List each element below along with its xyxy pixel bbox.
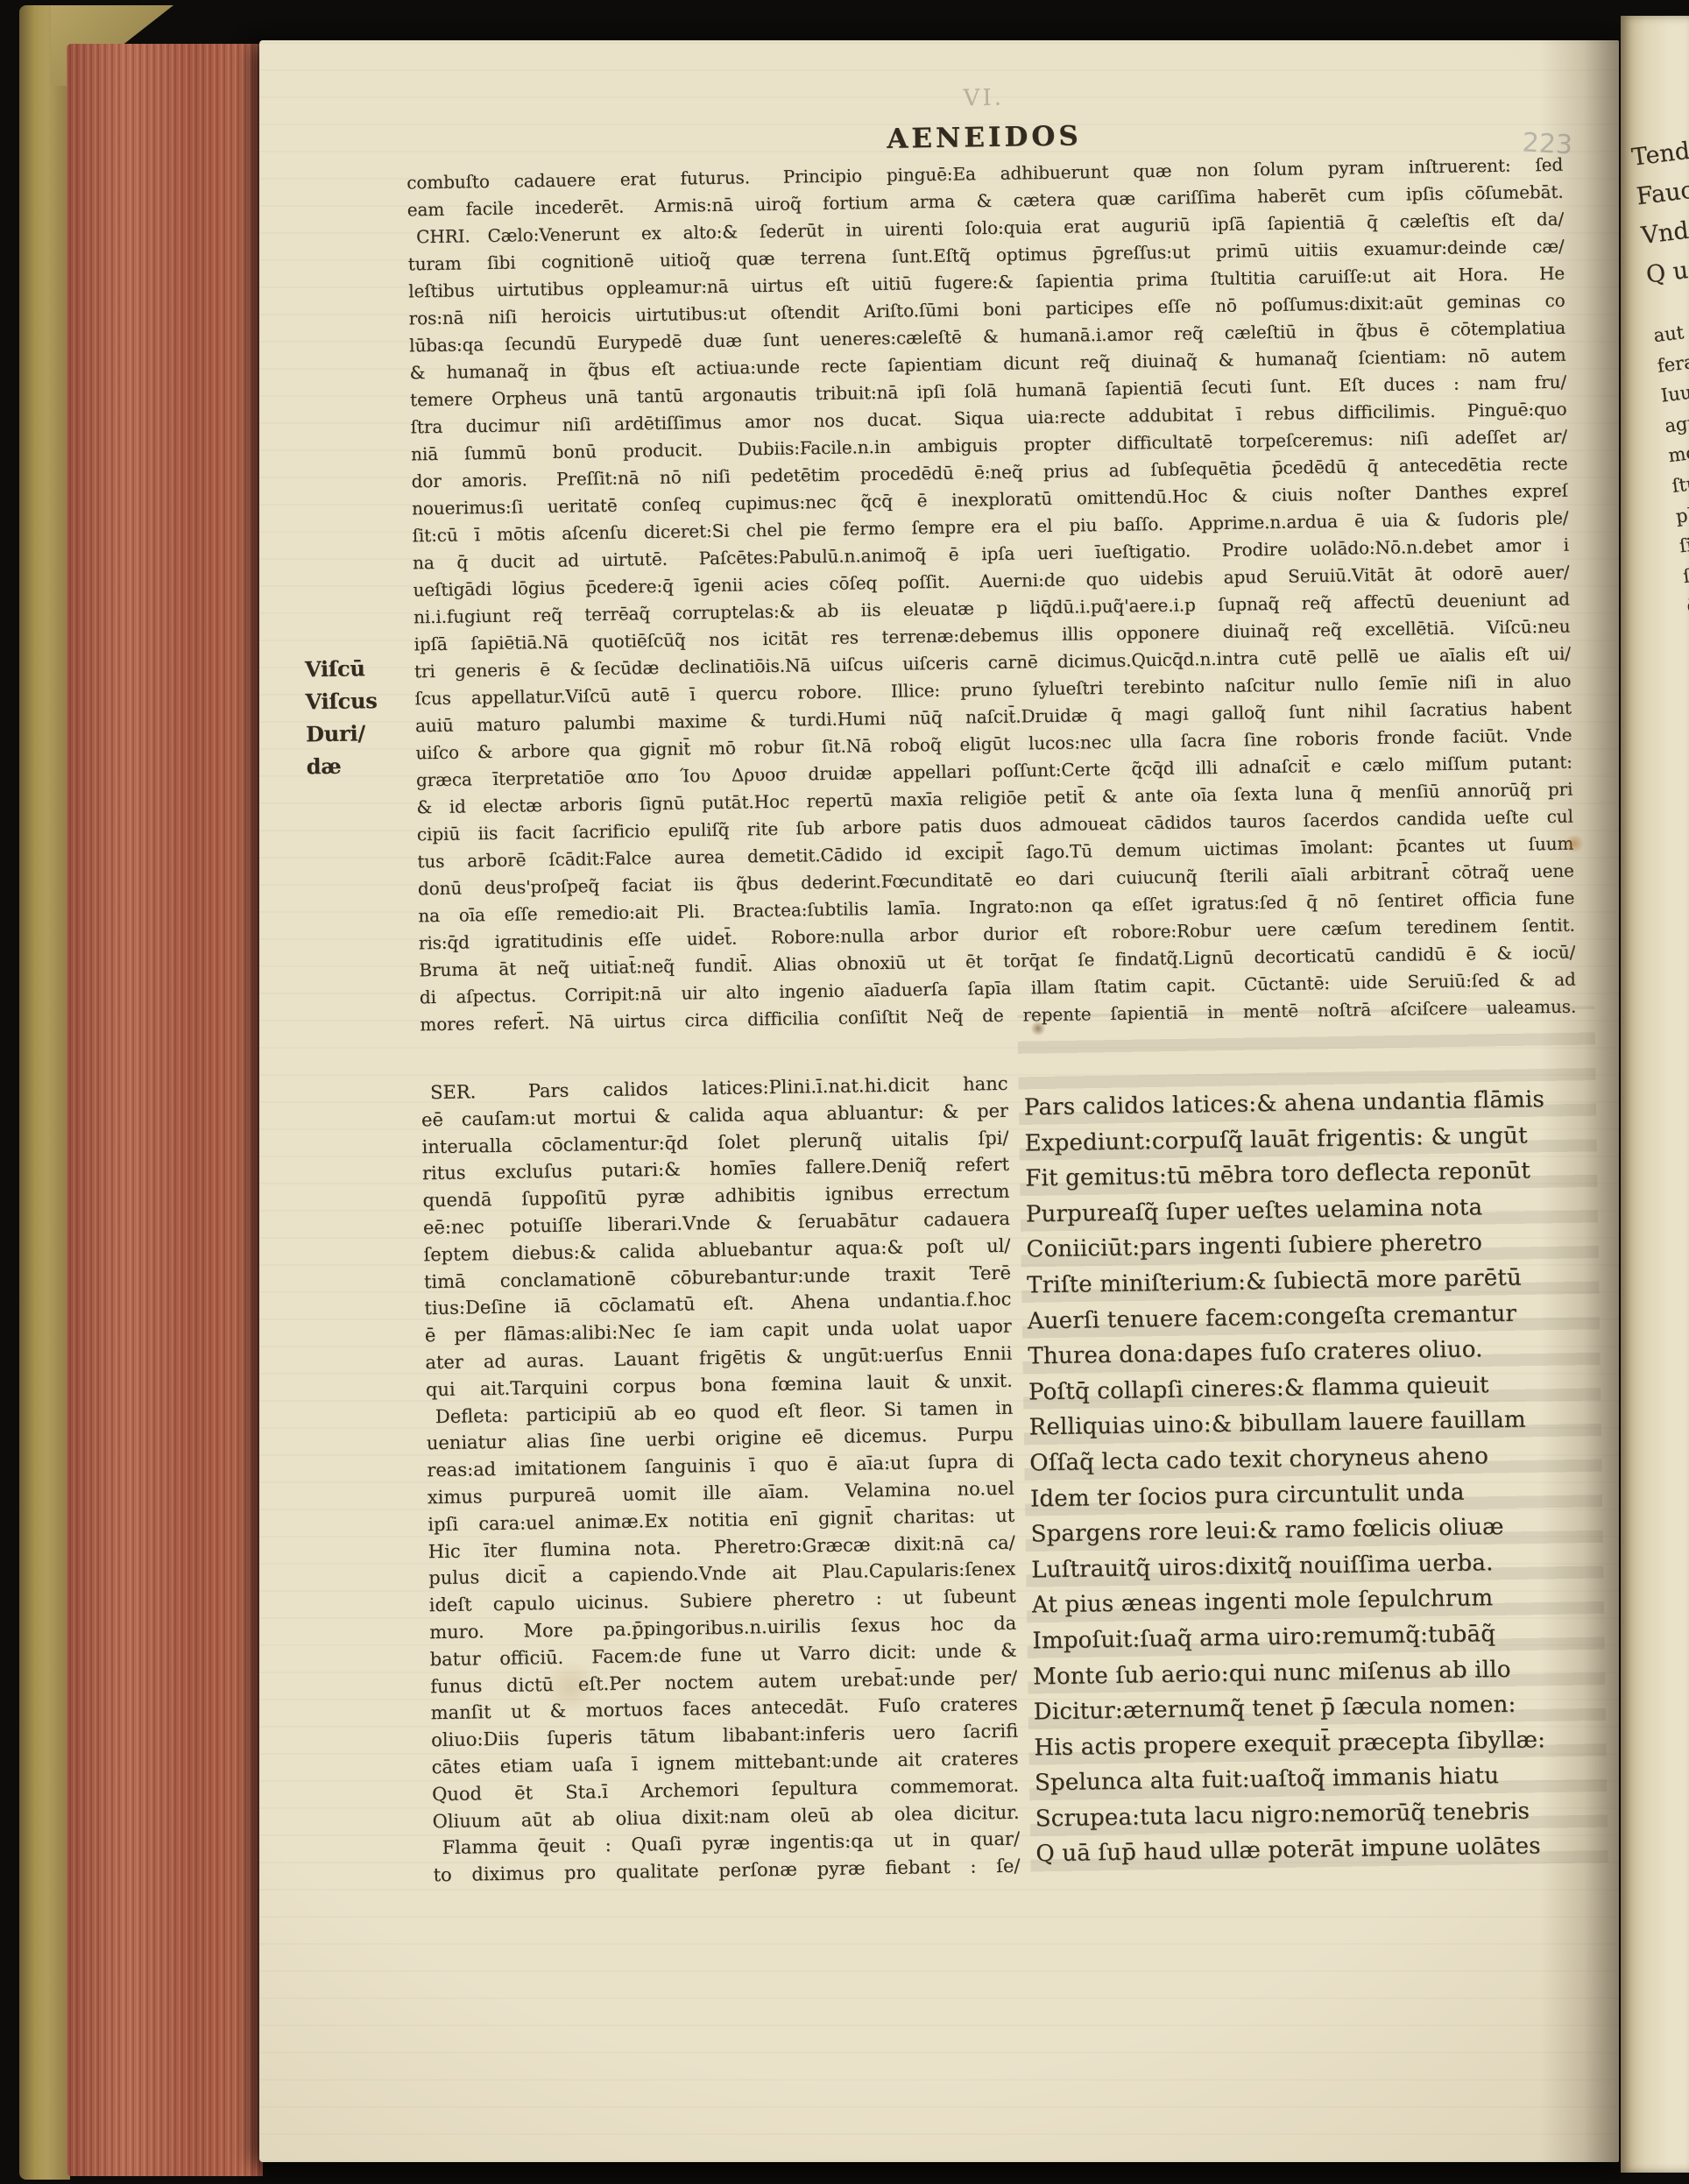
text-line: Q uā ſup̄ haud ullæ poterāt impune uolāt…	[1035, 1828, 1597, 1873]
text-line: Duri/	[306, 716, 413, 750]
text-line: Tender	[1629, 115, 1689, 177]
text-line: aut quia h	[1652, 298, 1689, 351]
commentary-left-column: SER. Pars calidos latices:Plini.ī.nat.hi…	[420, 1071, 1020, 1889]
text-line: dæ	[306, 748, 413, 782]
ink-stain	[1030, 1021, 1046, 1035]
text-line: Viſcū	[305, 651, 413, 685]
book-page-recto: VI. 223 AENEIDOS combuſto cadauere erat …	[259, 40, 1619, 2162]
facing-page-verse-fragment: TenderFaucibuVnde loQ uatu	[1629, 115, 1689, 294]
bleedthrough-book-number: VI.	[406, 76, 1562, 121]
rust-stain	[1563, 836, 1586, 852]
commentary-top-block: combuſto cadauere erat futurus. Principi…	[406, 152, 1576, 1039]
text-line: Viſcus	[305, 683, 413, 717]
book-cover-edge	[19, 5, 70, 2180]
margin-gloss-note: ViſcūViſcusDuri/dæ	[305, 651, 413, 782]
facing-page-gloss-fragment: aut quia hferam.i.puIuue.Cupaguntur imos…	[1652, 298, 1689, 1975]
paper-smudge	[548, 1657, 592, 1718]
facing-page-text: TenderFaucibuVnde loQ uatu aut quia hfer…	[1629, 115, 1689, 1975]
red-fore-edge-pages	[67, 44, 263, 2176]
page-content: VI. 223 AENEIDOS combuſto cadauere erat …	[246, 30, 1639, 2173]
facing-page-sliver: TenderFaucibuVnde loQ uatu aut quia hfer…	[1621, 16, 1689, 2173]
book-photograph: VI. 223 AENEIDOS combuſto cadauere erat …	[0, 0, 1689, 2184]
verse-text-column: Pars calidos latices:& ahena undantia fl…	[1024, 1081, 1597, 1872]
